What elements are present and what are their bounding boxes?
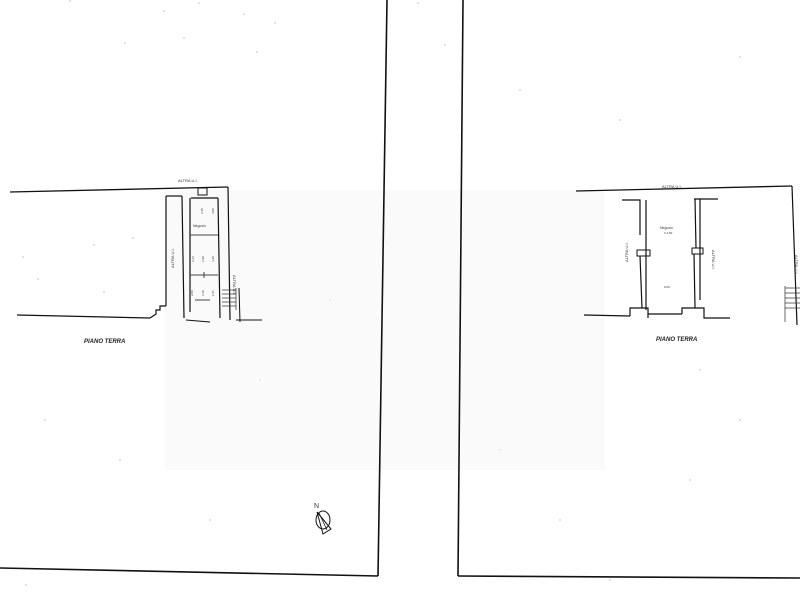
dimension: 6.00 xyxy=(664,285,670,289)
label-room-height: h 3.50 xyxy=(664,231,673,235)
label-right-neighbor: ALTRA U.I. xyxy=(232,275,237,295)
watermark-area xyxy=(165,190,605,470)
dimension: 3.16 xyxy=(191,256,195,262)
dimension: 2.61 xyxy=(211,290,215,296)
label-top-neighbor: ALTRA U.I. xyxy=(178,178,198,183)
floor-plan-scan: ALTRA U.I. ALTRA U.I. ALTRA U.I. Negozio… xyxy=(0,0,800,600)
stairs xyxy=(785,286,800,322)
label-far-right-neighbor: ALTRA U.I. xyxy=(794,255,799,275)
dimension: 3.18 xyxy=(201,290,205,296)
label-left-neighbor: ALTRA U.I. xyxy=(170,248,175,268)
dimension: 2.90 xyxy=(201,256,205,262)
north-label: N xyxy=(314,503,319,510)
north-arrow-icon: N xyxy=(314,503,331,534)
dimension: 4.40 xyxy=(211,256,215,262)
caption-piano-terra-right: PIANO TERRA xyxy=(656,337,697,343)
label-right-neighbor: ALTRA U.I. xyxy=(711,250,716,270)
label-left-neighbor: ALTRA U.I. xyxy=(624,242,629,262)
dimension: 2.25 xyxy=(200,208,204,214)
label-room-name: Negozio xyxy=(660,226,673,230)
label-room-name: Negozio xyxy=(193,224,206,228)
right-floor-plan: ALTRA U.I. ALTRA U.I. ALTRA U.I. ALTRA U… xyxy=(576,184,800,343)
dimension: 4.00 xyxy=(211,208,215,214)
dimension: 2.00 xyxy=(190,290,194,296)
caption-piano-terra-left: PIANO TERRA xyxy=(84,339,125,345)
label-top-neighbor: ALTRA U.I. xyxy=(662,184,682,189)
